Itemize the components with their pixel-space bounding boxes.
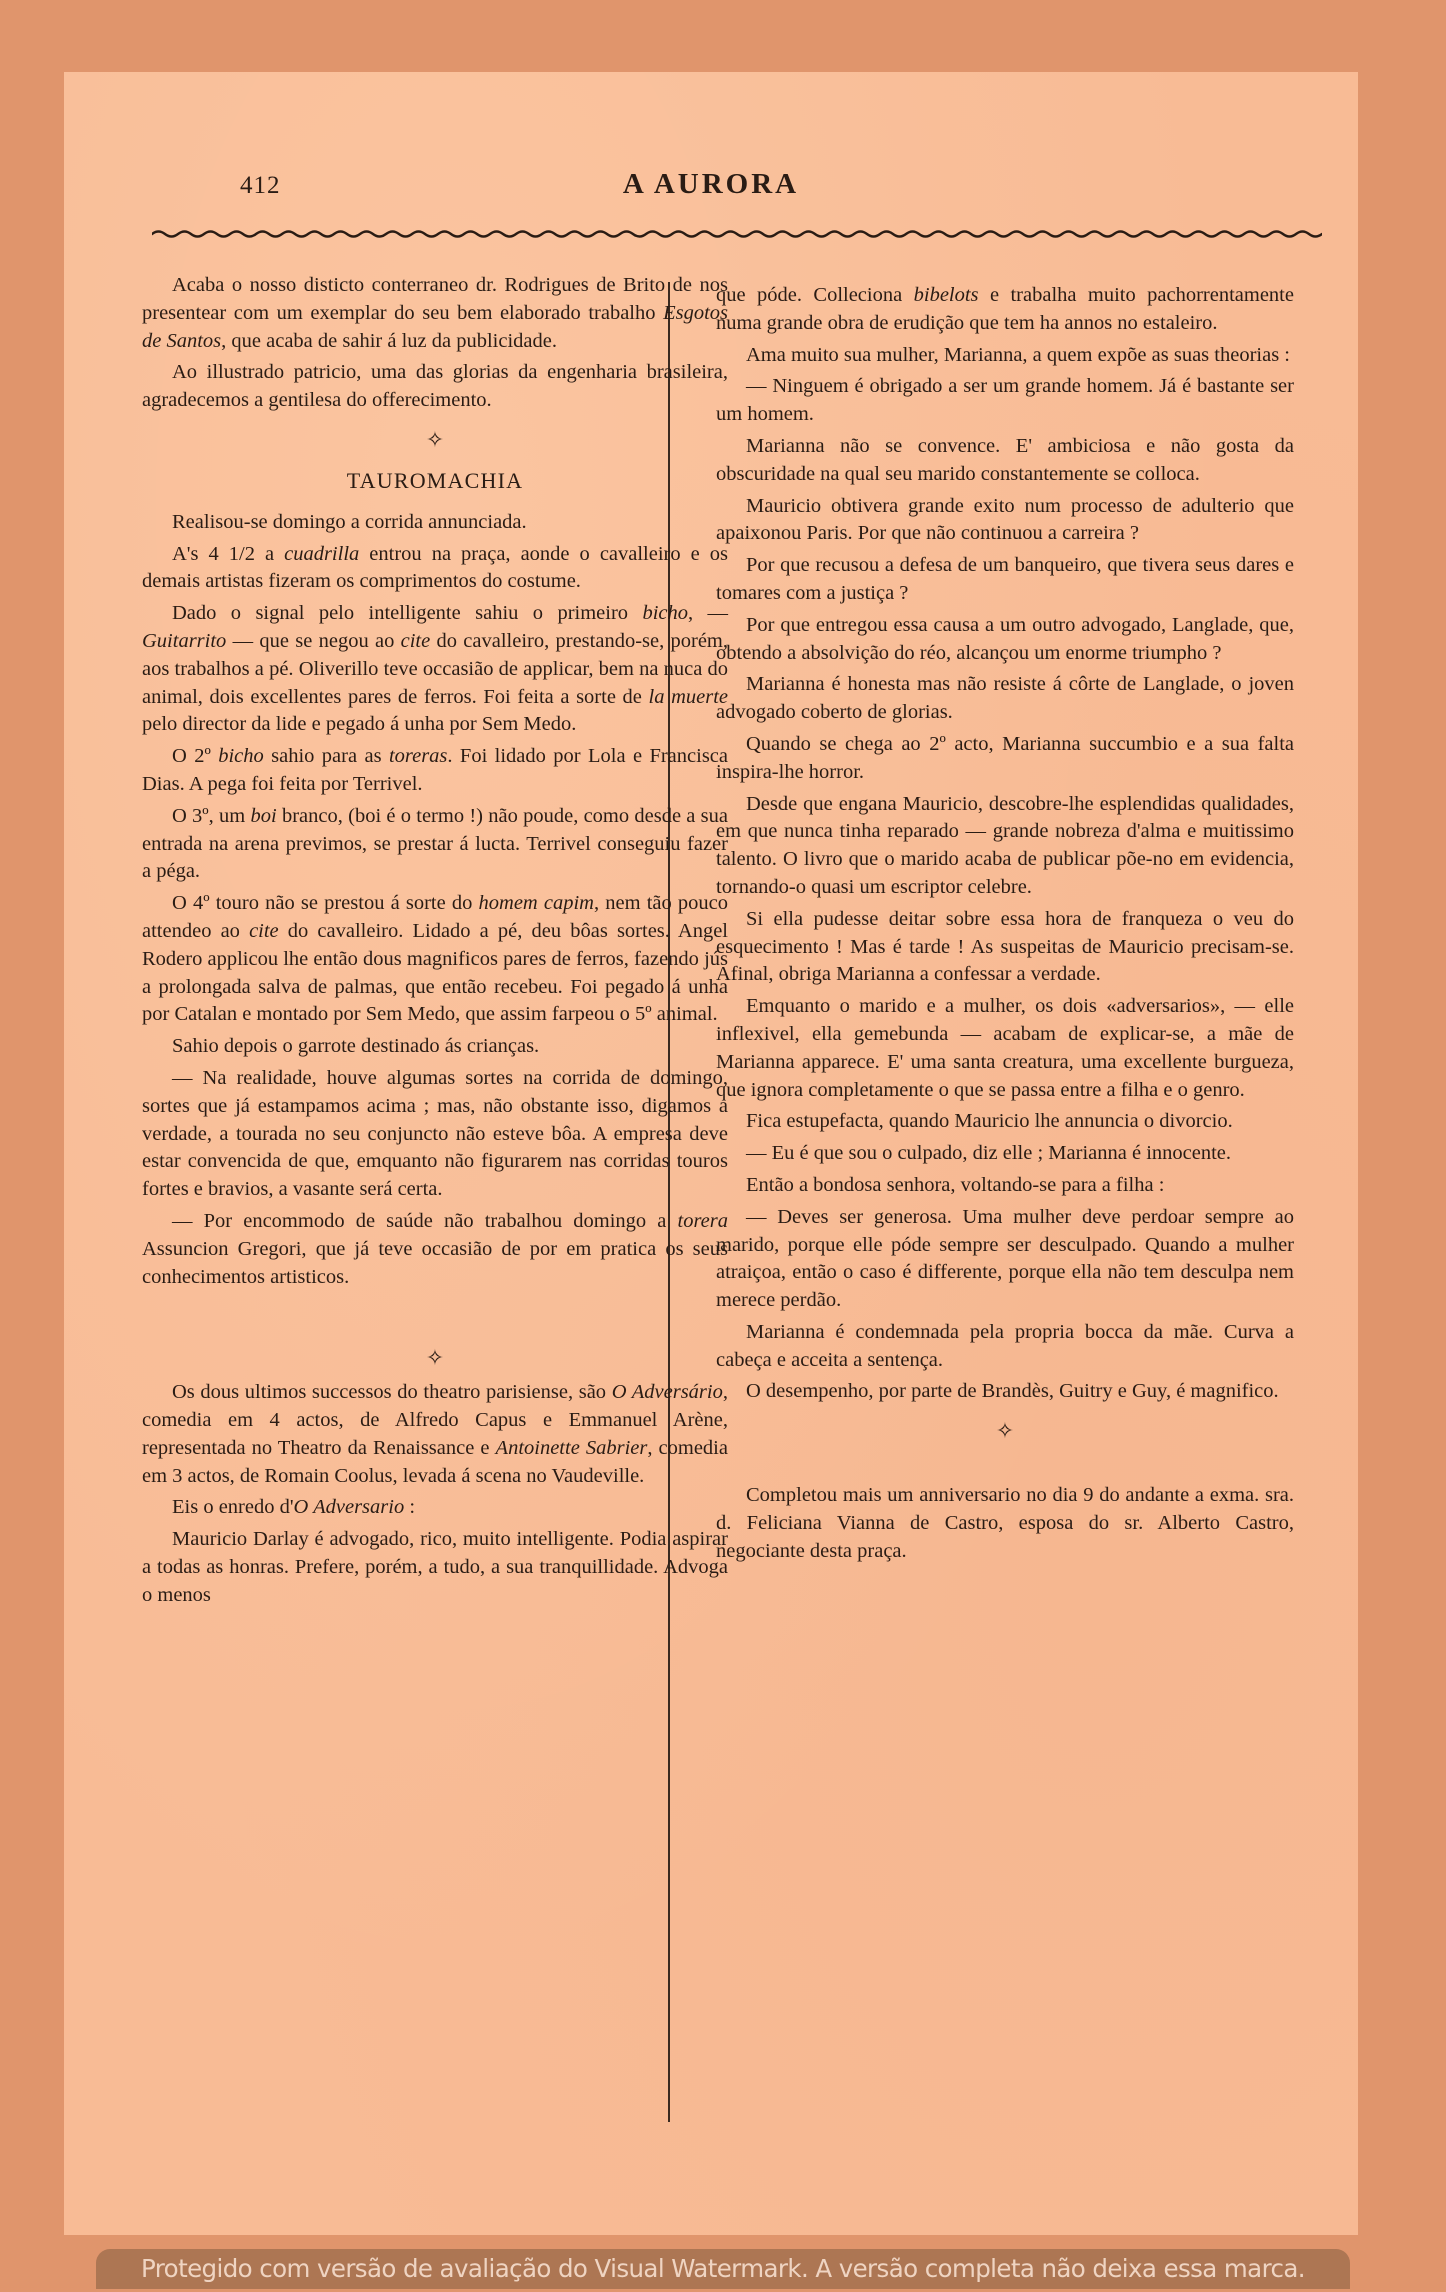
paragraph: Si ella pudesse deitar sobre essa hora d… [716,906,1294,989]
section-heading: TAUROMACHIA [142,467,728,495]
paragraph: O 2º bicho sahio para as toreras. Foi li… [142,743,728,799]
wavy-rule-divider [152,224,1322,244]
paragraph: O 4º touro não se prestou á sorte do hom… [142,890,728,1029]
newspaper-page: 412 A AURORA Acaba o nosso disticto cont… [64,72,1358,2235]
masthead-title: A AURORA [64,168,1358,201]
intro-article: Acaba o nosso disticto conterraneo dr. R… [142,272,728,415]
paragraph: Mauricio obtivera grande exito num proce… [716,493,1294,549]
right-column: que póde. Colleciona bibelots e trabalha… [716,282,1294,1570]
paragraph: Realisou-se domingo a corrida annunciada… [142,509,728,537]
paragraph: Marianna não se convence. E' ambiciosa e… [716,433,1294,489]
paragraph: Ama muito sua mulher, Marianna, a quem e… [716,342,1294,370]
paragraph: Marianna é honesta mas não resiste á côr… [716,671,1294,727]
section-ornament-icon: ✧ [716,1418,1294,1444]
paragraph: — Ninguem é obrigado a ser um grande hom… [716,373,1294,429]
paragraph: Sahio depois o garrote destinado ás cria… [142,1033,728,1061]
section-ornament-icon: ✧ [142,427,728,453]
left-column: Acaba o nosso disticto conterraneo dr. R… [142,272,728,1614]
anniversary-note: Completou mais um anniversario no dia 9 … [716,1482,1294,1565]
paragraph: Quando se chega ao 2º acto, Marianna suc… [716,731,1294,787]
tauromachia-article: Realisou-se domingo a corrida annunciada… [142,509,728,1292]
theatre-article: Os dous ultimos successos do theatro par… [142,1379,728,1609]
paragraph: — Por encommodo de saúde não trabalhou d… [142,1208,728,1291]
paragraph: Fica estupefacta, quando Mauricio lhe an… [716,1108,1294,1136]
paragraph: — Na realidade, houve algumas sortes na … [142,1065,728,1204]
paragraph: Eis o enredo d'O Adversario : [142,1494,728,1522]
paragraph: Os dous ultimos successos do theatro par… [142,1379,728,1490]
paragraph: O desempenho, por parte de Brandès, Guit… [716,1378,1294,1406]
paragraph: A's 4 1/2 a cuadrilla entrou na praça, a… [142,541,728,597]
paragraph-continuation: que póde. Colleciona bibelots e trabalha… [716,282,1294,338]
paragraph: Dado o signal pelo intelligente sahiu o … [142,600,728,739]
theatre-article-continued: Ama muito sua mulher, Marianna, a quem e… [716,342,1294,1407]
paragraph: Emquanto o marido e a mulher, os dois «a… [716,993,1294,1104]
paragraph: O 3º, um boi branco, (boi é o termo !) n… [142,803,728,886]
watermark-banner: Protegido com versão de avaliação do Vis… [96,2249,1350,2289]
paragraph: — Eu é que sou o culpado, diz elle ; Mar… [716,1140,1294,1168]
paragraph: Por que entregou essa causa a um outro a… [716,612,1294,668]
paragraph: Por que recusou a defesa de um banqueiro… [716,552,1294,608]
paragraph: Então a bondosa senhora, voltando-se par… [716,1172,1294,1200]
paragraph: Mauricio Darlay é advogado, rico, muito … [142,1526,728,1609]
paragraph: — Deves ser generosa. Uma mulher deve pe… [716,1204,1294,1315]
paragraph: Desde que engana Mauricio, descobre-lhe … [716,791,1294,902]
section-ornament-icon: ✧ [142,1345,728,1371]
paragraph: Ao illustrado patricio, uma das glorias … [142,359,728,415]
paragraph: Marianna é condemnada pela propria bocca… [716,1319,1294,1375]
paragraph: Acaba o nosso disticto conterraneo dr. R… [142,272,728,355]
